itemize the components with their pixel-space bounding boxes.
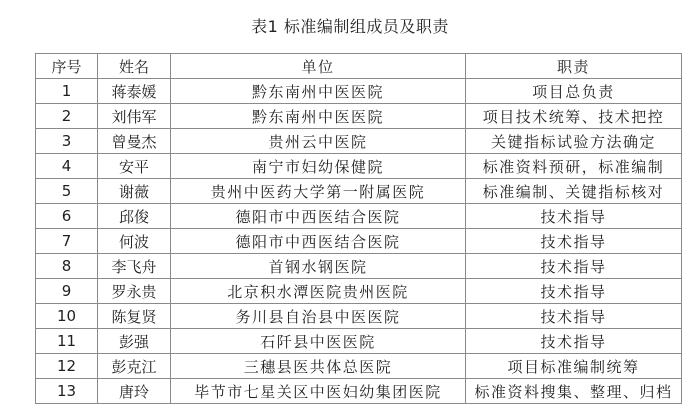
table-title: 表1 标准编制组成员及职责: [0, 14, 700, 37]
cell-unit: 德阳市中西医结合医院: [171, 229, 466, 254]
cell-duty: 技术指导: [466, 254, 682, 279]
header-duty: 职责: [466, 54, 682, 79]
table-row: 9 罗永贵 北京积水潭医院贵州医院 技术指导: [36, 279, 682, 304]
table-row: 4 安平 南宁市妇幼保健院 标准资料预研，标准编制: [36, 154, 682, 179]
cell-name: 谢薇: [98, 179, 171, 204]
cell-no: 13: [36, 379, 98, 404]
cell-duty: 项目技术统筹、技术把控: [466, 104, 682, 129]
table-row: 5 谢薇 贵州中医药大学第一附属医院 标准编制、关键指标核对: [36, 179, 682, 204]
cell-no: 4: [36, 154, 98, 179]
cell-unit: 首钢水钢医院: [171, 254, 466, 279]
cell-duty: 技术指导: [466, 204, 682, 229]
cell-unit: 德阳市中西医结合医院: [171, 204, 466, 229]
cell-name: 彭强: [98, 329, 171, 354]
cell-unit: 三穗县医共体总医院: [171, 354, 466, 379]
cell-duty: 标准资料搜集、整理、归档: [466, 379, 682, 404]
cell-no: 5: [36, 179, 98, 204]
cell-unit: 贵州中医药大学第一附属医院: [171, 179, 466, 204]
table-row: 11 彭强 石阡县中医医院 技术指导: [36, 329, 682, 354]
table-row: 10 陈复贤 务川县自治县中医医院 技术指导: [36, 304, 682, 329]
members-table: 序号 姓名 单位 职责 1 蒋泰媛 黔东南州中医医院 项目总负责 2 刘伟军 黔…: [35, 53, 682, 404]
cell-name: 彭克江: [98, 354, 171, 379]
cell-name: 罗永贵: [98, 279, 171, 304]
cell-no: 9: [36, 279, 98, 304]
cell-name: 曾曼杰: [98, 129, 171, 154]
table-row: 12 彭克江 三穗县医共体总医院 项目标准编制统筹: [36, 354, 682, 379]
cell-unit: 北京积水潭医院贵州医院: [171, 279, 466, 304]
cell-unit: 黔东南州中医医院: [171, 104, 466, 129]
cell-no: 7: [36, 229, 98, 254]
cell-name: 何波: [98, 229, 171, 254]
cell-name: 刘伟军: [98, 104, 171, 129]
header-unit: 单位: [171, 54, 466, 79]
cell-unit: 石阡县中医医院: [171, 329, 466, 354]
cell-no: 11: [36, 329, 98, 354]
cell-duty: 项目总负责: [466, 79, 682, 104]
table-row: 8 李飞舟 首钢水钢医院 技术指导: [36, 254, 682, 279]
cell-unit: 毕节市七星关区中医妇幼集团医院: [171, 379, 466, 404]
cell-name: 邱俊: [98, 204, 171, 229]
cell-no: 2: [36, 104, 98, 129]
cell-name: 唐玲: [98, 379, 171, 404]
cell-no: 1: [36, 79, 98, 104]
cell-duty: 技术指导: [466, 229, 682, 254]
table-row: 1 蒋泰媛 黔东南州中医医院 项目总负责: [36, 79, 682, 104]
cell-no: 12: [36, 354, 98, 379]
table-row: 3 曾曼杰 贵州云中医院 关键指标试验方法确定: [36, 129, 682, 154]
table-row: 6 邱俊 德阳市中西医结合医院 技术指导: [36, 204, 682, 229]
cell-name: 李飞舟: [98, 254, 171, 279]
header-name: 姓名: [98, 54, 171, 79]
cell-duty: 技术指导: [466, 304, 682, 329]
table-row: 13 唐玲 毕节市七星关区中医妇幼集团医院 标准资料搜集、整理、归档: [36, 379, 682, 404]
cell-duty: 标准资料预研，标准编制: [466, 154, 682, 179]
cell-duty: 技术指导: [466, 279, 682, 304]
cell-duty: 关键指标试验方法确定: [466, 129, 682, 154]
table-header-row: 序号 姓名 单位 职责: [36, 54, 682, 79]
header-no: 序号: [36, 54, 98, 79]
cell-no: 8: [36, 254, 98, 279]
cell-duty: 技术指导: [466, 329, 682, 354]
table-row: 7 何波 德阳市中西医结合医院 技术指导: [36, 229, 682, 254]
cell-no: 10: [36, 304, 98, 329]
cell-name: 蒋泰媛: [98, 79, 171, 104]
cell-unit: 务川县自治县中医医院: [171, 304, 466, 329]
cell-no: 6: [36, 204, 98, 229]
cell-unit: 黔东南州中医医院: [171, 79, 466, 104]
cell-no: 3: [36, 129, 98, 154]
cell-unit: 南宁市妇幼保健院: [171, 154, 466, 179]
cell-duty: 项目标准编制统筹: [466, 354, 682, 379]
cell-unit: 贵州云中医院: [171, 129, 466, 154]
cell-duty: 标准编制、关键指标核对: [466, 179, 682, 204]
cell-name: 陈复贤: [98, 304, 171, 329]
table-row: 2 刘伟军 黔东南州中医医院 项目技术统筹、技术把控: [36, 104, 682, 129]
cell-name: 安平: [98, 154, 171, 179]
